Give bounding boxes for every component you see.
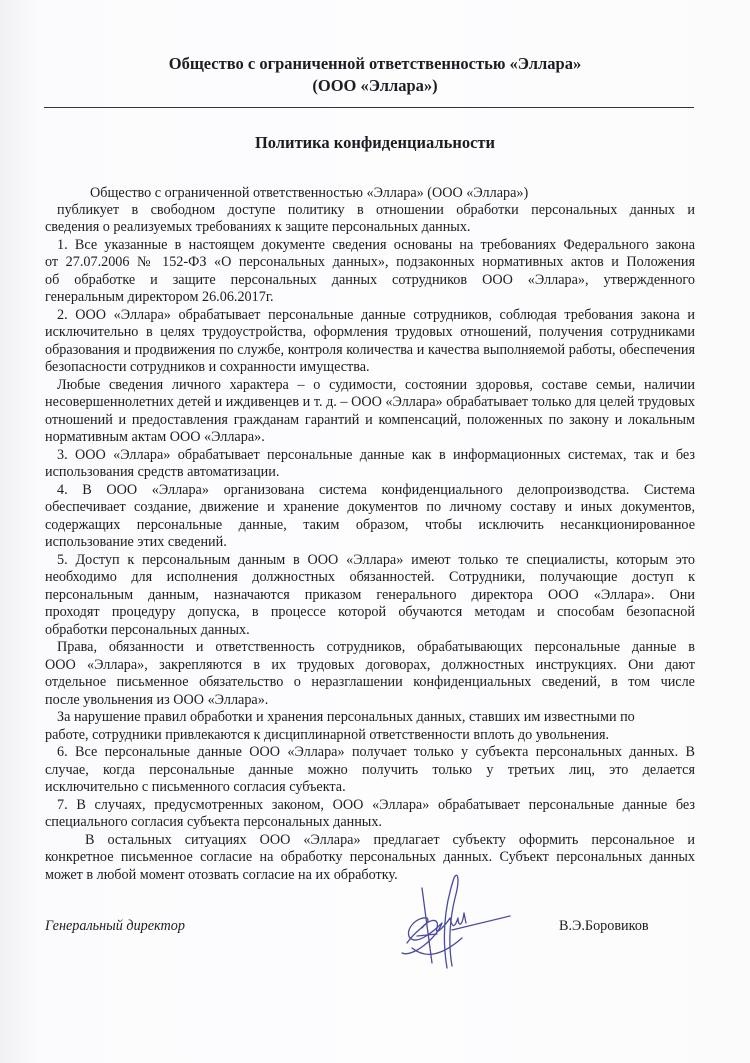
body-text-line: ООО «Эллара», закрепляются в их трудовых… bbox=[45, 657, 695, 674]
body-text-line: Общество с ограниченной ответственностью… bbox=[90, 185, 695, 202]
body-text-line: образования и продвижения по службе, кон… bbox=[45, 342, 695, 359]
body-text-line: 5. Доступ к персональным данным в ООО «Э… bbox=[57, 552, 695, 569]
signature-icon bbox=[392, 868, 512, 978]
body-text-line: отдельное письменное обязательство о нер… bbox=[45, 674, 695, 691]
body-text-line: исключительно в целях трудоустройства, о… bbox=[45, 324, 695, 341]
body-text-line: 7. В случаях, предусмотренных законом, О… bbox=[57, 797, 695, 814]
company-full-name: Общество с ограниченной ответственностью… bbox=[0, 53, 750, 75]
body-text-line: может в любой момент отозвать согласие н… bbox=[45, 867, 695, 884]
body-text-line: В остальных ситуациях ООО «Эллара» предл… bbox=[85, 832, 695, 849]
body-text-line: исключительно с письменного согласия суб… bbox=[45, 779, 695, 796]
body-text-line: За нарушение правил обработки и хранения… bbox=[57, 709, 695, 726]
document-page: Общество с ограниченной ответственностью… bbox=[0, 0, 750, 1063]
document-title: Политика конфиденциальности bbox=[0, 132, 750, 154]
body-text-line: содержащих персональные данные, таким об… bbox=[45, 517, 695, 534]
body-text-line: публикует в свободном доступе политику в… bbox=[57, 202, 695, 219]
header-divider bbox=[44, 107, 694, 108]
body-text-line: об обработке и защите персональных данны… bbox=[45, 272, 695, 289]
signatory-role: Генеральный директор bbox=[45, 918, 185, 935]
body-text-line: безопасности сотрудников и сохранности и… bbox=[45, 359, 695, 376]
company-short-name: (ООО «Эллара») bbox=[0, 75, 750, 97]
body-text-line: конкретное письменное согласие на обрабо… bbox=[45, 849, 695, 866]
body-text-line: Любые сведения личного характера – о суд… bbox=[57, 377, 695, 394]
body-text-line: сведения о реализуемых требованиях к защ… bbox=[45, 219, 695, 236]
body-text-line: несовершеннолетних детей и иждивенцев и … bbox=[45, 394, 695, 411]
body-text-line: необходимо для исполнения должностных об… bbox=[45, 569, 695, 586]
signatory-name: В.Э.Боровиков bbox=[559, 918, 649, 935]
body-text-line: использования средств автоматизации. bbox=[45, 464, 695, 481]
body-text-line: 6. Все персональные данные ООО «Эллара» … bbox=[57, 744, 695, 761]
body-text-line: обеспечивает создание, движение и хранен… bbox=[45, 499, 695, 516]
body-text-line: после увольнения из ООО «Эллара». bbox=[45, 692, 695, 709]
body-text-line: Права, обязанности и ответственность сот… bbox=[57, 639, 695, 656]
body-text-line: от 27.07.2006 № 152-ФЗ «О персональных д… bbox=[45, 254, 695, 271]
body-text-line: персональным данным, назначаются приказо… bbox=[45, 587, 695, 604]
body-text-line: 2. ООО «Эллара» обрабатывает персональны… bbox=[57, 307, 695, 324]
body-text-line: случае, когда персональные данные можно … bbox=[45, 762, 695, 779]
body-text-line: отношений и предоставления гражданам гар… bbox=[45, 412, 695, 429]
body-text-line: обработки персональных данных. bbox=[45, 622, 695, 639]
body-text-line: проходят процедуру допуска, в процессе к… bbox=[45, 604, 695, 621]
body-text-line: нормативным актам ООО «Эллара». bbox=[45, 429, 695, 446]
body-text-line: 4. В ООО «Эллара» организована система к… bbox=[57, 482, 695, 499]
body-text-line: работе, сотрудники привлекаются к дисцип… bbox=[45, 727, 695, 744]
body-text-line: генеральным директором 26.06.2017г. bbox=[45, 289, 695, 306]
body-text-line: использование этих сведений. bbox=[45, 534, 695, 551]
body-text-line: 3. ООО «Эллара» обрабатывает персональны… bbox=[57, 447, 695, 464]
body-text-line: 1. Все указанные в настоящем документе с… bbox=[57, 237, 695, 254]
body-text-line: специального согласия субъекта персональ… bbox=[45, 814, 695, 831]
